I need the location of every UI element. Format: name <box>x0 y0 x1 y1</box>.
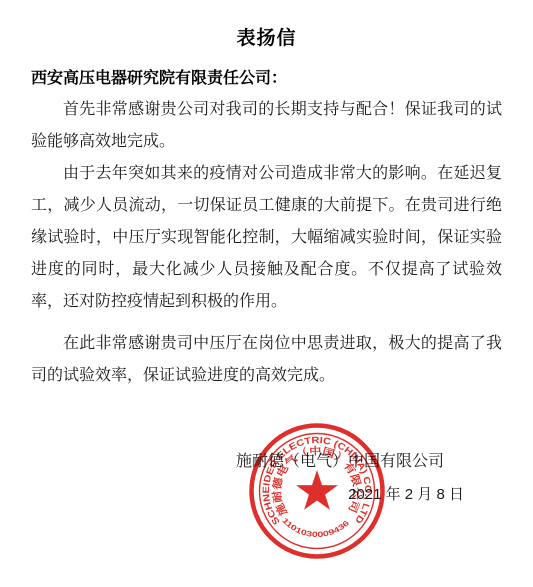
paragraph-1: 首先非常感谢贵公司对我司的长期支持与配合！保证我司的试验能够高效地完成。 <box>31 94 502 158</box>
stamp-serial-number: 1101030009436 <box>280 516 351 539</box>
page-title: 表扬信 <box>31 23 502 50</box>
letter-body: 首先非常感谢贵公司对我司的长期支持与配合！保证我司的试验能够高效地完成。 由于去… <box>31 94 502 392</box>
star-icon <box>296 470 338 510</box>
recipient-line: 西安高压电器研究院有限责任公司： <box>31 66 502 92</box>
paragraph-2: 由于去年突如其来的疫情对公司造成非常大的影响。在延迟复工，减少人员流动，一切保证… <box>31 158 502 318</box>
paragraph-3: 在此非常感谢贵司中压厅在岗位中思责进取，极大的提高了我司的试验效率，保证试验进度… <box>31 328 502 392</box>
svg-text:1101030009436: 1101030009436 <box>280 516 351 539</box>
company-seal-stamp: SCHNEIDER ELECTRIC (CHINA) CO., LTD 施耐德电… <box>247 421 387 561</box>
commendation-letter: 表扬信 西安高压电器研究院有限责任公司： 首先非常感谢贵公司对我司的长期支持与配… <box>0 0 533 587</box>
